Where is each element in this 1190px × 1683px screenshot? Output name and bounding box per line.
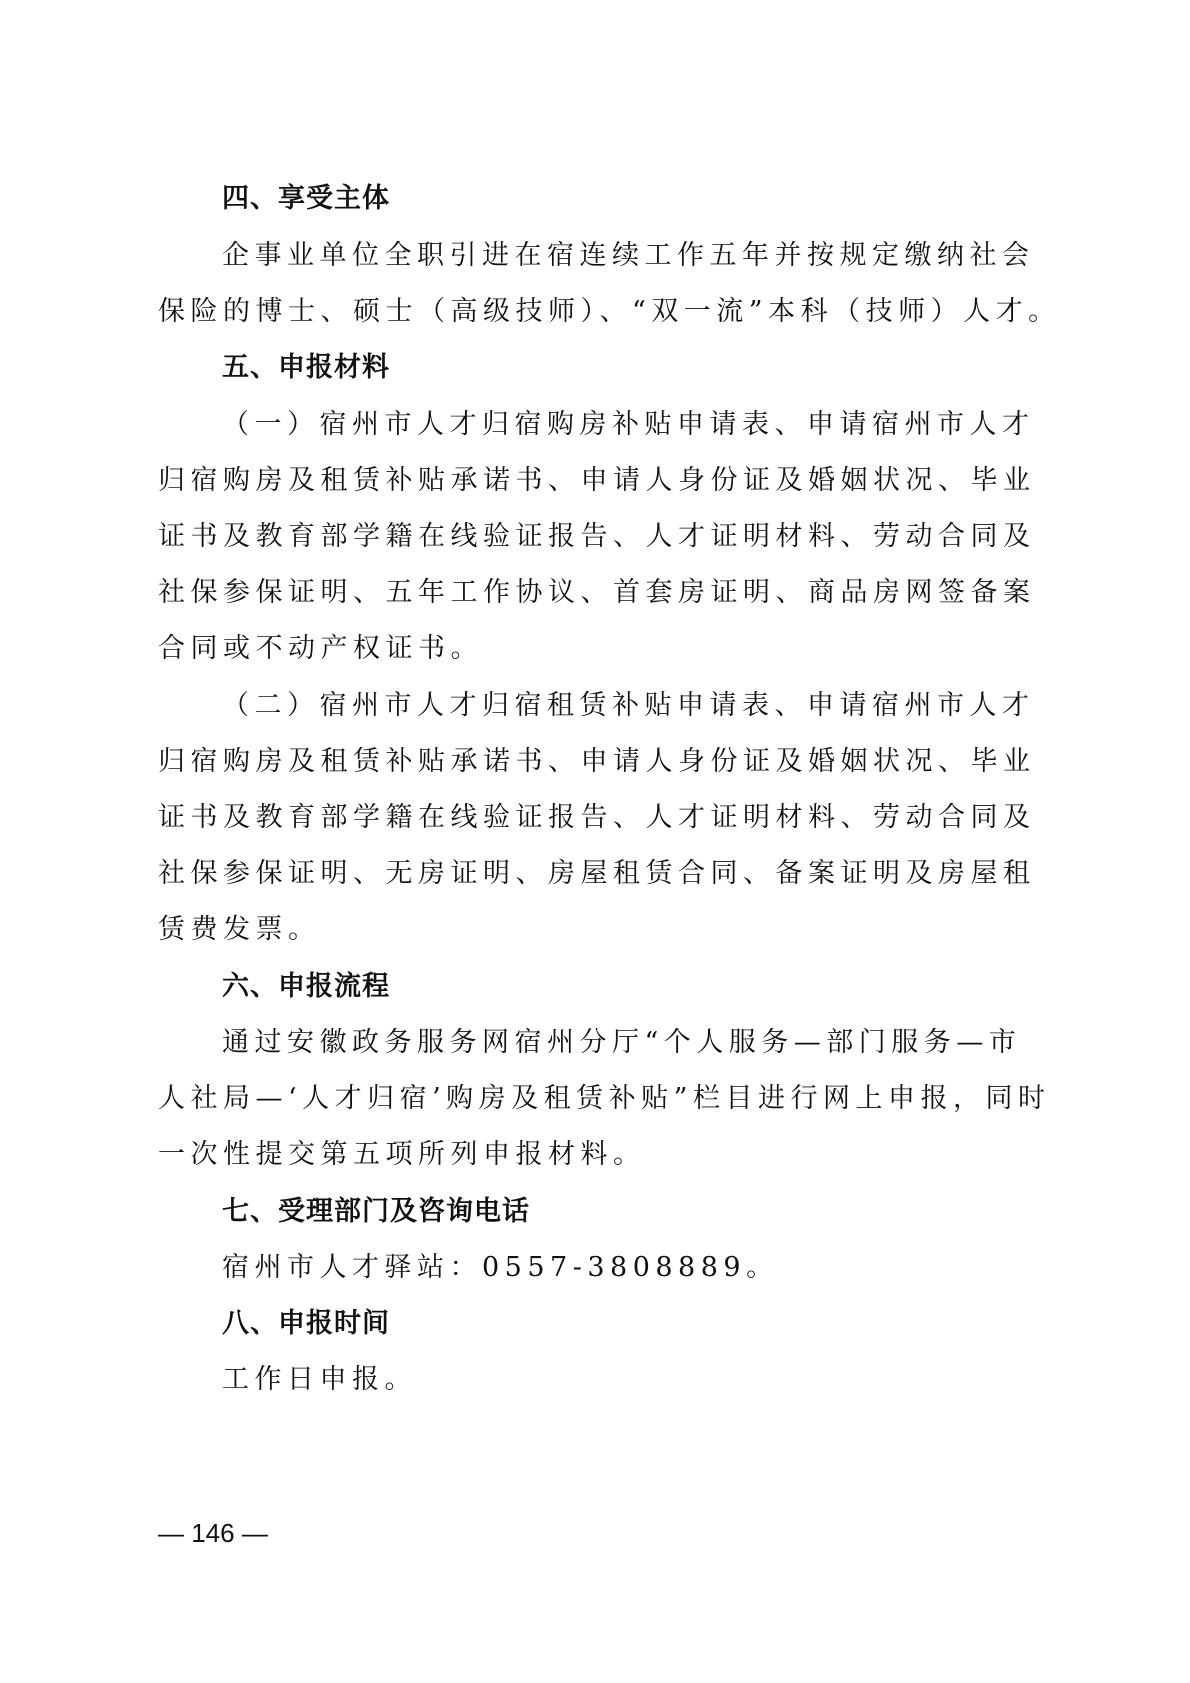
contact-line: 宿州市人才驿站：0557-3808889。 xyxy=(222,1245,779,1284)
paragraph-line: 证书及教育部学籍在线验证报告、人才证明材料、劳动合同及 xyxy=(158,514,1036,553)
paragraph-line: 社保参保证明、五年工作协议、首套房证明、商品房网签备案 xyxy=(158,570,1036,609)
section-heading-process: 六、申报流程 xyxy=(222,964,390,1003)
paragraph-line: 证书及教育部学籍在线验证报告、人才证明材料、劳动合同及 xyxy=(158,795,1036,834)
paragraph-line: 归宿购房及租赁补贴承诺书、申请人身份证及婚姻状况、毕业 xyxy=(158,739,1036,778)
page-number: — 146 — xyxy=(158,1518,268,1549)
section-heading-time: 八、申报时间 xyxy=(222,1301,390,1340)
paragraph-line: 人社局—‘人才归宿’购房及租赁补贴”栏目进行网上申报，同时 xyxy=(158,1076,1050,1115)
section-heading-beneficiaries: 四、享受主体 xyxy=(222,176,390,215)
section-heading-contact: 七、受理部门及咨询电话 xyxy=(222,1189,530,1228)
document-page: 四、享受主体 企事业单位全职引进在宿连续工作五年并按规定缴纳社会 保险的博士、硕… xyxy=(0,0,1190,1683)
paragraph-line: （一）宿州市人才归宿购房补贴申请表、申请宿州市人才 xyxy=(222,402,1035,441)
paragraph-line: 保险的博士、硕士（高级技师）、“双一流”本科（技师）人才。 xyxy=(158,289,1061,328)
paragraph-line: 通过安徽政务服务网宿州分厅“个人服务—部门服务—市 xyxy=(222,1020,1021,1059)
paragraph-line: 赁费发票。 xyxy=(158,907,321,946)
paragraph-line: 归宿购房及租赁补贴承诺书、申请人身份证及婚姻状况、毕业 xyxy=(158,458,1036,497)
paragraph-line: （二）宿州市人才归宿租赁补贴申请表、申请宿州市人才 xyxy=(222,683,1035,722)
section-heading-materials: 五、申报材料 xyxy=(222,345,390,384)
paragraph-line: 社保参保证明、无房证明、房屋租赁合同、备案证明及房屋租 xyxy=(158,851,1036,890)
paragraph-line: 企事业单位全职引进在宿连续工作五年并按规定缴纳社会 xyxy=(222,233,1035,272)
paragraph-line: 合同或不动产权证书。 xyxy=(158,626,483,665)
paragraph-line: 工作日申报。 xyxy=(222,1357,417,1396)
paragraph-line: 一次性提交第五项所列申报材料。 xyxy=(158,1132,646,1171)
